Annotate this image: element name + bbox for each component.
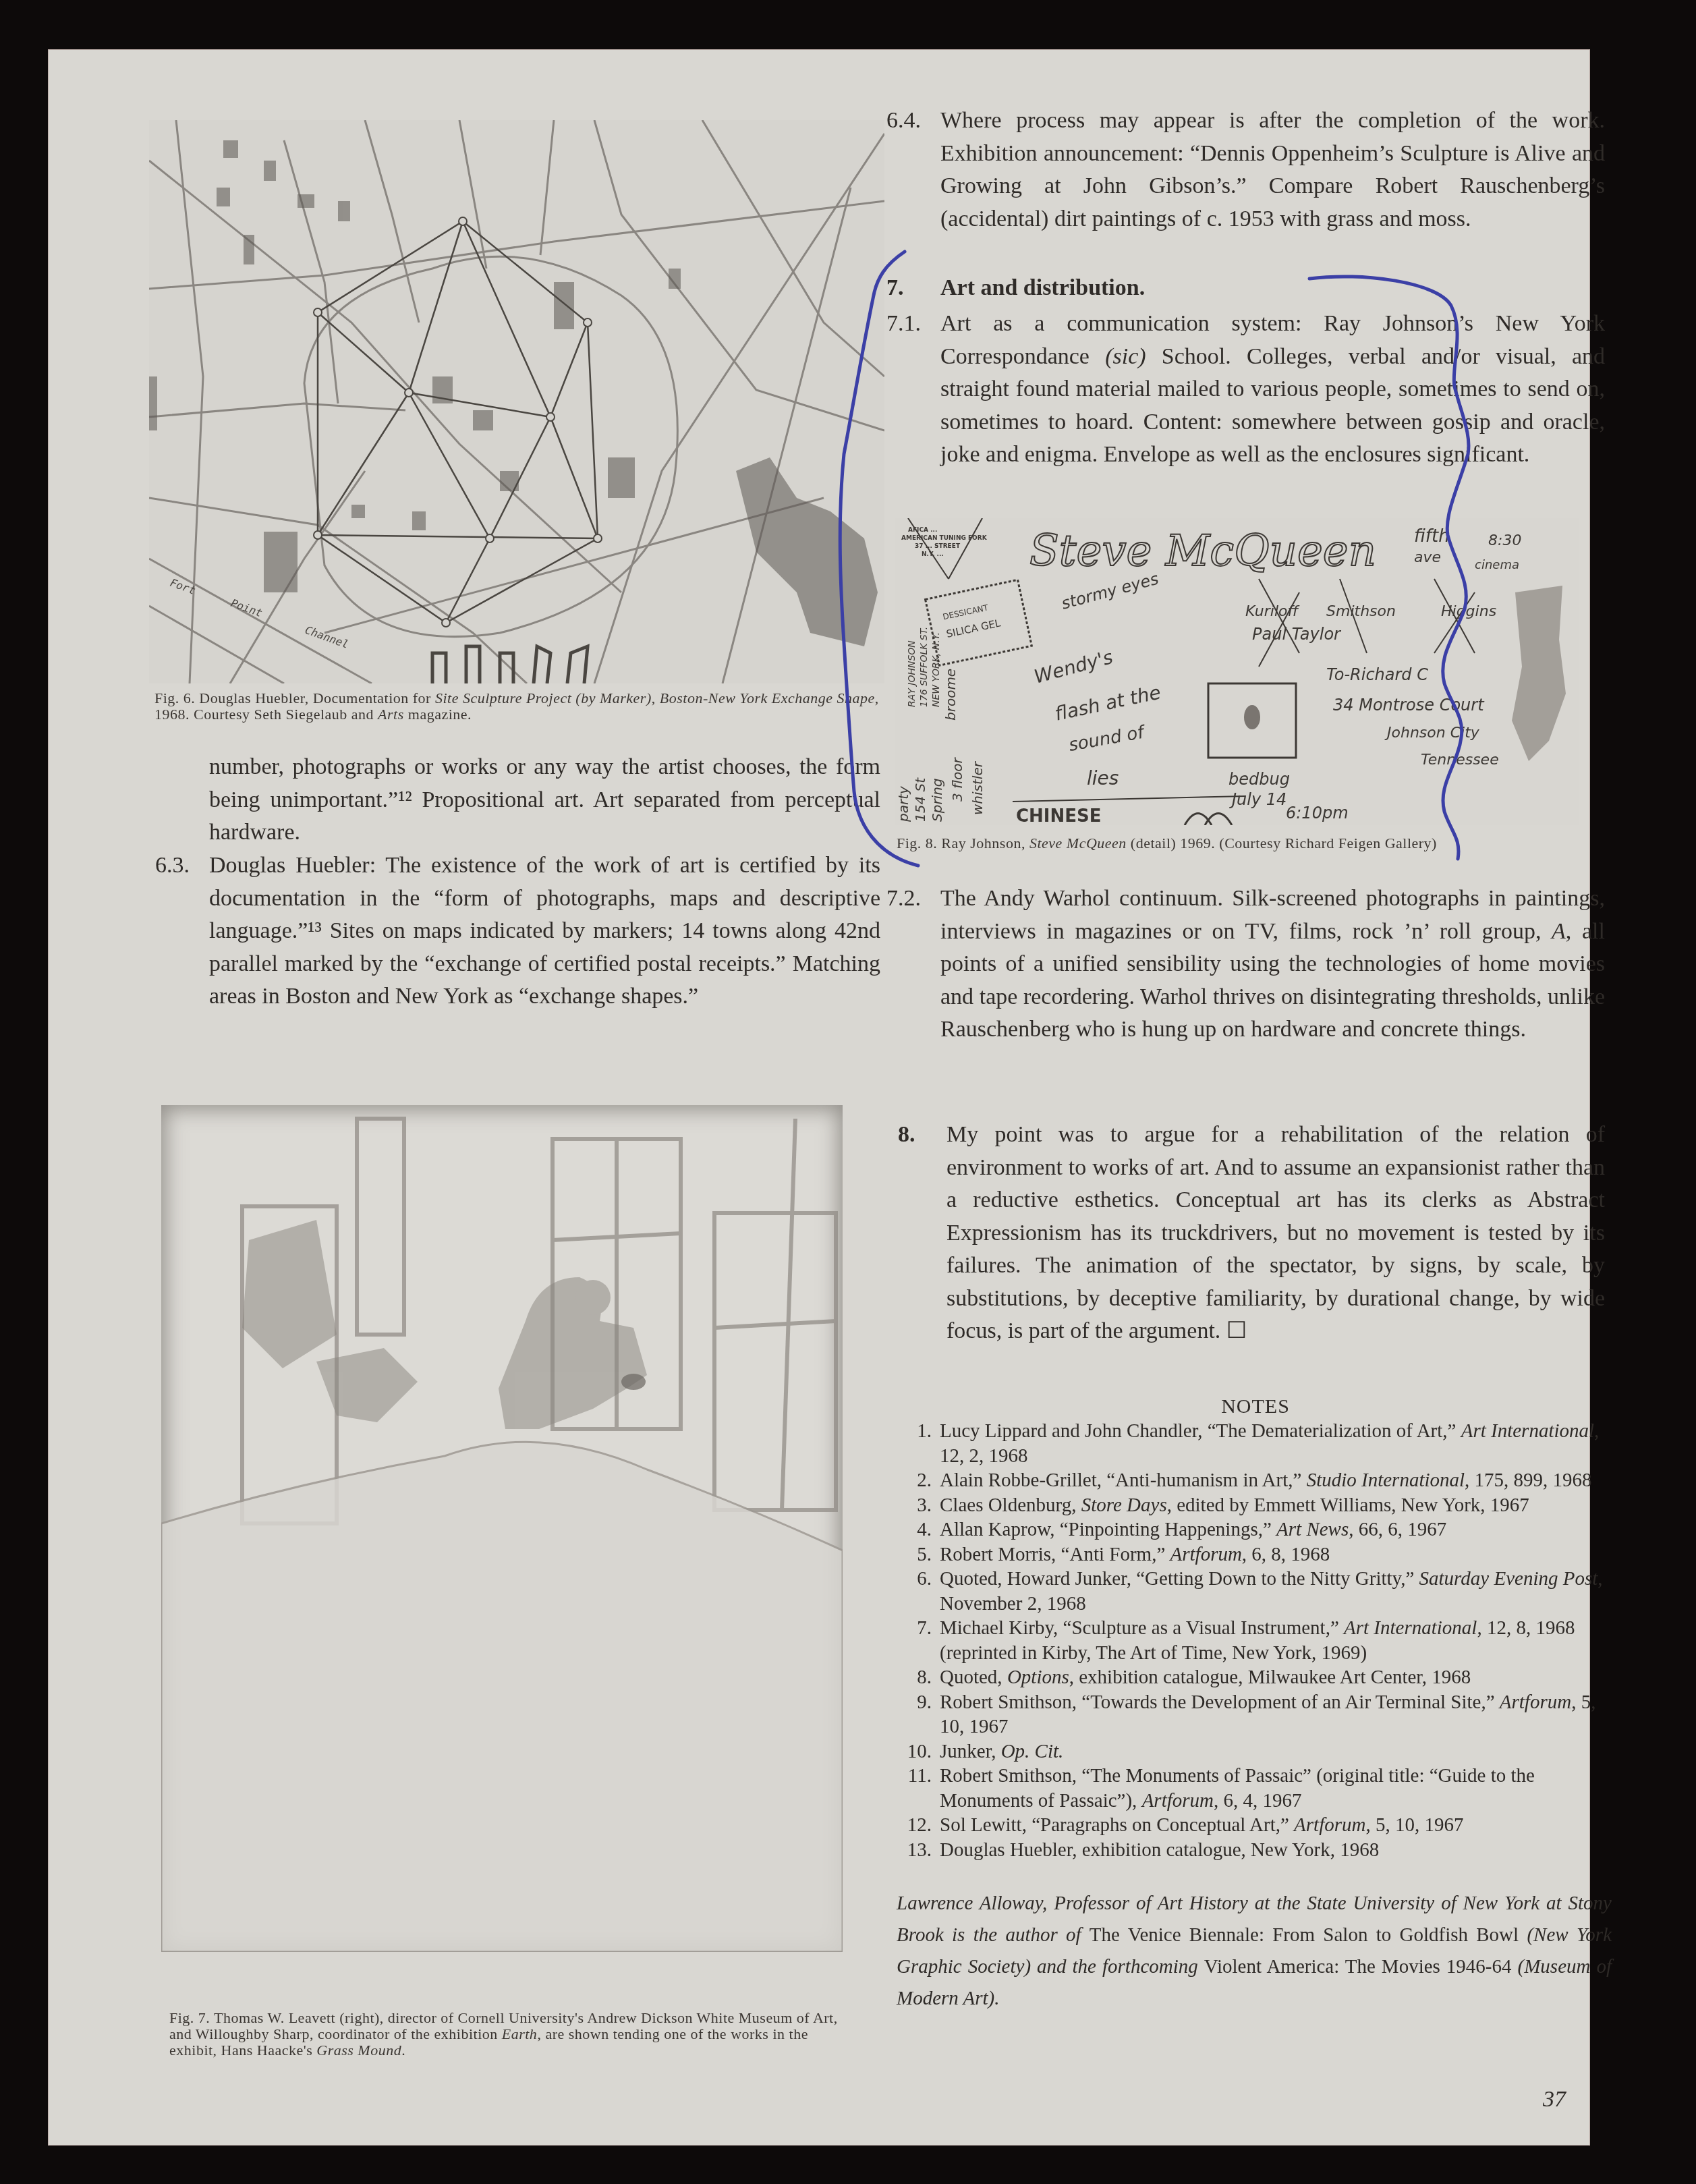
collage-text: RAY JOHNSON — [907, 640, 917, 707]
note-italic: Options — [1007, 1667, 1069, 1688]
collage-text: whistler — [969, 760, 986, 815]
collage-text: 37 ... STREET — [915, 543, 961, 550]
note-italic: Saturday Evening Post — [1419, 1568, 1598, 1590]
collage-text: July 14 — [1229, 790, 1287, 809]
note-text: Claes Oldenburg, — [940, 1494, 1081, 1516]
section-number: 6.4. — [886, 105, 921, 138]
section-number: 6.3. — [155, 849, 190, 883]
note-number: 4. — [898, 1517, 932, 1542]
section-number: 7.2. — [886, 883, 921, 916]
figure-6-caption: Fig. 6. Douglas Huebler, Documentation f… — [154, 690, 883, 723]
note-italic: Store Days — [1081, 1494, 1167, 1516]
caption-title: Steve McQueen — [1029, 835, 1127, 851]
note-italic: Artforum — [1294, 1814, 1365, 1836]
collage-text: Paul Taylor — [1252, 625, 1342, 644]
page-number: 37 — [1543, 2087, 1566, 2112]
paragraph-text: Douglas Huebler: The existence of the wo… — [209, 849, 880, 1013]
collage-text: ave — [1414, 549, 1441, 566]
note-item: 5.Robert Morris, “Anti Form,” Artforum, … — [898, 1542, 1613, 1567]
note-text: , 66, 6, 1967 — [1349, 1519, 1446, 1540]
note-text: , exhibition catalogue, Milwaukee Art Ce… — [1069, 1667, 1471, 1688]
note-number: 5. — [898, 1542, 932, 1567]
caption-text: , — [652, 690, 660, 706]
section-8: 8. My point was to argue for a rehabilit… — [898, 1119, 1605, 1348]
note-item: 13.Douglas Huebler, exhibition catalogue… — [898, 1838, 1613, 1863]
note-number: 1. — [898, 1419, 932, 1444]
note-text: Michael Kirby, “Sculpture as a Visual In… — [940, 1617, 1344, 1639]
section-number: 7.1. — [886, 308, 921, 341]
collage-text: 154 St — [912, 777, 928, 822]
note-number: 2. — [898, 1468, 932, 1493]
collage-text: To-Richard C — [1326, 665, 1428, 684]
note-text: Robert Morris, “Anti Form,” — [940, 1544, 1170, 1565]
collage-text: AMERICAN TUNING FORK — [901, 535, 988, 542]
caption-text: Fig. 6. Douglas Huebler, Documentation f… — [154, 690, 435, 706]
section-number: 8. — [898, 1119, 915, 1152]
note-text: Junker, — [940, 1741, 1001, 1762]
left-continuation-paragraph: number, photographs or works or any way … — [209, 751, 880, 849]
note-number: 12. — [898, 1813, 932, 1838]
caption-title: Grass Mound — [316, 2042, 401, 2059]
note-item: 4.Allan Kaprow, “Pinpointing Happenings,… — [898, 1517, 1613, 1542]
section-title: Art and distribution. — [940, 272, 1605, 305]
collage-text: 176 SUFFOLK ST. — [919, 627, 930, 707]
paragraph-text: Art as a communication system: Ray Johns… — [940, 308, 1605, 472]
note-item: 2.Alain Robbe-Grillet, “Anti-humanism in… — [898, 1468, 1613, 1493]
note-item: 9.Robert Smithson, “Towards the Developm… — [898, 1690, 1613, 1739]
note-text: Sol Lewitt, “Paragraphs on Conceptual Ar… — [940, 1814, 1294, 1836]
note-italic: Artforum — [1500, 1691, 1571, 1713]
section-7-1: 7.1. Art as a communication system: Ray … — [886, 308, 1605, 472]
note-text: Lucy Lippard and John Chandler, “The Dem… — [940, 1420, 1461, 1442]
note-number: 10. — [898, 1739, 932, 1764]
section-6-3: 6.3. Douglas Huebler: The existence of t… — [155, 849, 880, 1013]
figure-7-caption: Fig. 7. Thomas W. Leavett (right), direc… — [169, 2010, 844, 2059]
note-text: Douglas Huebler, exhibition catalogue, N… — [940, 1839, 1379, 1861]
note-item: 6.Quoted, Howard Junker, “Getting Down t… — [898, 1567, 1613, 1616]
collage-text: fifth — [1414, 526, 1450, 547]
note-text: Allan Kaprow, “Pinpointing Happenings,” — [940, 1519, 1276, 1540]
map-label-fort: Fort — [169, 576, 198, 597]
section-6-4: 6.4. Where process may appear is after t… — [886, 105, 1605, 235]
collage-text: SILICA GEL — [945, 617, 1002, 640]
collage-text: 34 Montrose Court — [1333, 696, 1485, 715]
text-run: The Andy Warhol continuum. Silk-screened… — [940, 886, 1605, 944]
collage-text: lies — [1087, 767, 1119, 789]
figure-8-caption: Fig. 8. Ray Johnson, Steve McQueen (deta… — [897, 835, 1578, 851]
note-item: 10.Junker, Op. Cit. — [898, 1739, 1613, 1764]
end-mark-icon: ☐ — [1226, 1318, 1247, 1343]
collage-text: broome — [942, 669, 959, 721]
figure-7-photo — [161, 1105, 843, 1952]
section-7-2: 7.2. The Andy Warhol continuum. Silk-scr… — [886, 883, 1605, 1046]
section-7-heading: 7. Art and distribution. — [886, 272, 1605, 305]
collage-text: 3 floor — [949, 757, 965, 802]
note-item: 1.Lucy Lippard and John Chandler, “The D… — [898, 1419, 1613, 1468]
collage-text: bedbug — [1228, 770, 1290, 789]
caption-text: (detail) 1969. (Courtesy Richard Feigen … — [1127, 835, 1437, 851]
note-text: , 6, 8, 1968 — [1242, 1544, 1330, 1565]
note-italic: Artforum — [1142, 1790, 1214, 1812]
collage-text: sound of — [1067, 722, 1148, 756]
notes-heading: NOTES — [898, 1395, 1613, 1418]
caption-text: magazine. — [404, 706, 472, 723]
note-text: Quoted, — [940, 1667, 1007, 1688]
sic-italic: (sic) — [1105, 344, 1146, 369]
note-number: 9. — [898, 1690, 932, 1715]
paragraph-text: The Andy Warhol continuum. Silk-screened… — [940, 883, 1605, 1046]
note-number: 13. — [898, 1838, 932, 1863]
collage-text: DESSICANT — [942, 603, 990, 621]
caption-title: Boston-New York Exchange Shape — [660, 690, 875, 706]
note-italic: Studio International — [1307, 1469, 1465, 1491]
note-item: 11.Robert Smithson, “The Monuments of Pa… — [898, 1764, 1613, 1813]
text-run: My point was to argue for a rehabilitati… — [946, 1122, 1605, 1343]
note-number: 7. — [898, 1616, 932, 1641]
map-label-point: Point — [229, 596, 264, 619]
note-text: , edited by Emmett Williams, New York, 1… — [1167, 1494, 1529, 1516]
note-text: , 6, 4, 1967 — [1214, 1790, 1302, 1812]
figure-6-map: Fort Point Channel — [149, 120, 884, 683]
bio-book-title: Violent America: The Movies 1946-64 — [1204, 1956, 1512, 1978]
collage-text: flash at the — [1053, 681, 1163, 725]
collage-text: 6:10pm — [1286, 804, 1349, 822]
note-number: 6. — [898, 1567, 932, 1592]
figure-8-collage: Steve McQueen fifth 8:30 ave cinema AFIC… — [895, 518, 1579, 825]
note-number: 11. — [898, 1764, 932, 1789]
paragraph-text: number, photographs or works or any way … — [209, 754, 880, 845]
note-text: , 175, 899, 1968 — [1465, 1469, 1592, 1491]
notes-list: 1.Lucy Lippard and John Chandler, “The D… — [898, 1419, 1613, 1862]
bio-book-title: The Venice Biennale: From Salon to Goldf… — [1090, 1924, 1519, 1946]
note-text: Robert Smithson, “Towards the Developmen… — [940, 1691, 1500, 1713]
note-italic: Art International — [1344, 1617, 1477, 1639]
steve-mcqueen-collage-illustration: Steve McQueen fifth 8:30 ave cinema AFIC… — [895, 518, 1579, 825]
collage-text: Wendy's — [1031, 646, 1115, 688]
grass-mound-photo-illustration — [161, 1105, 843, 1952]
collage-text: NEW YORK, N.Y. — [931, 632, 942, 707]
caption-text: Fig. 8. Ray Johnson, — [897, 835, 1029, 851]
note-item: 3.Claes Oldenburg, Store Days, edited by… — [898, 1493, 1613, 1518]
boston-map-illustration: Fort Point Channel — [149, 120, 884, 683]
collage-text: Smithson — [1326, 603, 1396, 620]
author-bio: Lawrence Alloway, Professor of Art Histo… — [897, 1888, 1612, 2015]
note-number: 3. — [898, 1493, 932, 1518]
note-italic: Op. Cit. — [1001, 1741, 1064, 1762]
collage-text: Spring — [929, 778, 945, 822]
paragraph-text: Where process may appear is after the co… — [940, 105, 1605, 235]
note-italic: Art International — [1461, 1420, 1594, 1442]
collage-text: AFICA ... — [908, 527, 937, 534]
text-run-italic: A — [1552, 919, 1566, 944]
note-text: Alain Robbe-Grillet, “Anti-humanism in A… — [940, 1469, 1307, 1491]
note-item: 12.Sol Lewitt, “Paragraphs on Conceptual… — [898, 1813, 1613, 1838]
caption-title: Earth — [502, 2025, 538, 2042]
note-item: 8.Quoted, Options, exhibition catalogue,… — [898, 1665, 1613, 1690]
note-number: 8. — [898, 1665, 932, 1690]
paragraph-text: My point was to argue for a rehabilitati… — [946, 1119, 1605, 1348]
collage-text: cinema — [1475, 558, 1519, 572]
section-number: 7. — [886, 272, 904, 305]
collage-text: 8:30 — [1488, 532, 1521, 549]
caption-title: Site Sculpture Project (by Marker) — [435, 690, 652, 706]
collage-text: CHINESE — [1016, 806, 1102, 825]
note-text: Quoted, Howard Junker, “Getting Down to … — [940, 1568, 1419, 1590]
note-item: 7.Michael Kirby, “Sculpture as a Visual … — [898, 1616, 1613, 1665]
collage-text: Johnson City — [1384, 725, 1480, 741]
caption-text: . — [401, 2042, 405, 2059]
caption-title: Arts — [378, 706, 404, 723]
collage-text: Tennessee — [1421, 752, 1499, 768]
collage-title: Steve McQueen — [1029, 526, 1376, 576]
note-italic: Artforum — [1170, 1544, 1242, 1565]
note-italic: Art News — [1276, 1519, 1349, 1540]
collage-text: party — [895, 785, 911, 822]
note-text: , 5, 10, 1967 — [1365, 1814, 1463, 1836]
magazine-page: Fort Point Channel Fig. 6. Douglas Huebl… — [48, 49, 1590, 2146]
